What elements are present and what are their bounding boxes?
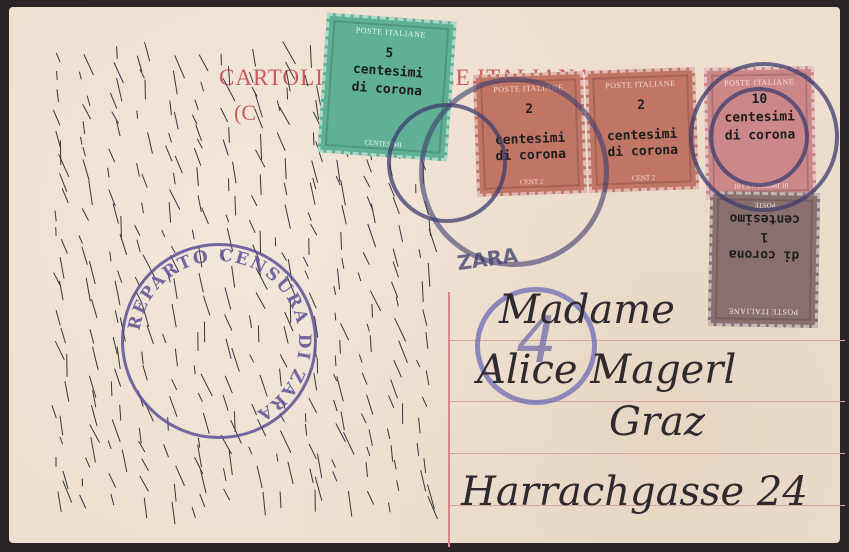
cancellation-postmark [419,77,609,267]
overprint-text: centesimo [713,210,817,227]
address-line-2: Alice Magerl [477,347,736,393]
address-line-3: Graz [609,399,705,445]
address-divider [448,292,450,547]
address-line-1: Madame [499,287,675,333]
address-line [450,453,845,454]
censor-stamp: REPARTO CENSURA DI ZARA [121,243,317,439]
censor-text-ring: REPARTO CENSURA DI ZARA [121,243,317,439]
stamp-header: POSTE ITALIANE [711,306,815,317]
postcard: CARTOLINA POSTALE ITALIANA (C POSTE ITAL… [9,7,840,543]
overprint-text: di corona [712,246,816,263]
overprint-value: 1 [712,228,816,245]
cancellation-postmark-inner [709,87,809,187]
svg-text:REPARTO CENSURA DI ZARA: REPARTO CENSURA DI ZARA [125,246,314,426]
address-line-4: Harrachgasse 24 [461,469,808,515]
